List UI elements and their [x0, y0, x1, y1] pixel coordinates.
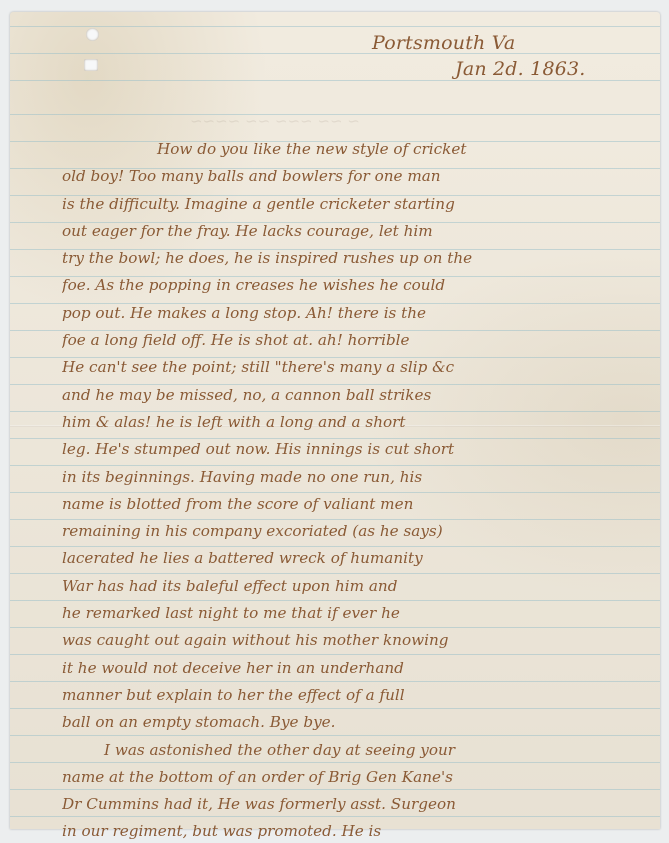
letter-line: manner but explain to her the effect of …: [62, 682, 647, 709]
letter-line: foe. As the popping in creases he wishes…: [62, 272, 647, 299]
punch-hole-square: [84, 59, 98, 71]
letter-line: in its beginnings. Having made no one ru…: [62, 464, 647, 491]
letter-line: I was astonished the other day at seeing…: [62, 737, 647, 764]
letter-body: How do you like the new style of cricket…: [62, 136, 647, 843]
letter-line: lacerated he lies a battered wreck of hu…: [62, 545, 647, 572]
letter-line: out eager for the fray. He lacks courage…: [62, 218, 647, 245]
letter-line: old boy! Too many balls and bowlers for …: [62, 163, 647, 190]
letter-line: name is blotted from the score of valian…: [62, 491, 647, 518]
letter-line: and he may be missed, no, a cannon ball …: [62, 382, 647, 409]
letter-line: leg. He's stumped out now. His innings i…: [62, 436, 647, 463]
letter-line: is the difficulty. Imagine a gentle cric…: [62, 191, 647, 218]
letter-line: How do you like the new style of cricket: [62, 136, 647, 163]
letter-page: ~ ~~ ~~~ ~~ ~~~~ Portsmouth Va Jan 2d. 1…: [10, 12, 660, 829]
letter-place: Portsmouth Va: [372, 32, 515, 54]
letter-line: try the bowl; he does, he is inspired ru…: [62, 245, 647, 272]
letter-date: Jan 2d. 1863.: [455, 58, 586, 80]
punch-hole-round: [86, 28, 99, 41]
letter-line: remaining in his company excoriated (as …: [62, 518, 647, 545]
reverse-side-bleedthrough: ~ ~~ ~~~ ~~ ~~~~: [190, 112, 360, 130]
letter-line: was caught out again without his mother …: [62, 627, 647, 654]
letter-line: He can't see the point; still "there's m…: [62, 354, 647, 381]
letter-line: in our regiment, but was promoted. He is: [62, 818, 647, 843]
letter-line: him & alas! he is left with a long and a…: [62, 409, 647, 436]
letter-line: name at the bottom of an order of Brig G…: [62, 764, 647, 791]
letter-line: Dr Cummins had it, He was formerly asst.…: [62, 791, 647, 818]
letter-line: War has had its baleful effect upon him …: [62, 573, 647, 600]
letter-line: ball on an empty stomach. Bye bye.: [62, 709, 647, 736]
letter-line: he remarked last night to me that if eve…: [62, 600, 647, 627]
letter-line: foe a long field off. He is shot at. ah!…: [62, 327, 647, 354]
letter-line: it he would not deceive her in an underh…: [62, 655, 647, 682]
letter-line: pop out. He makes a long stop. Ah! there…: [62, 300, 647, 327]
